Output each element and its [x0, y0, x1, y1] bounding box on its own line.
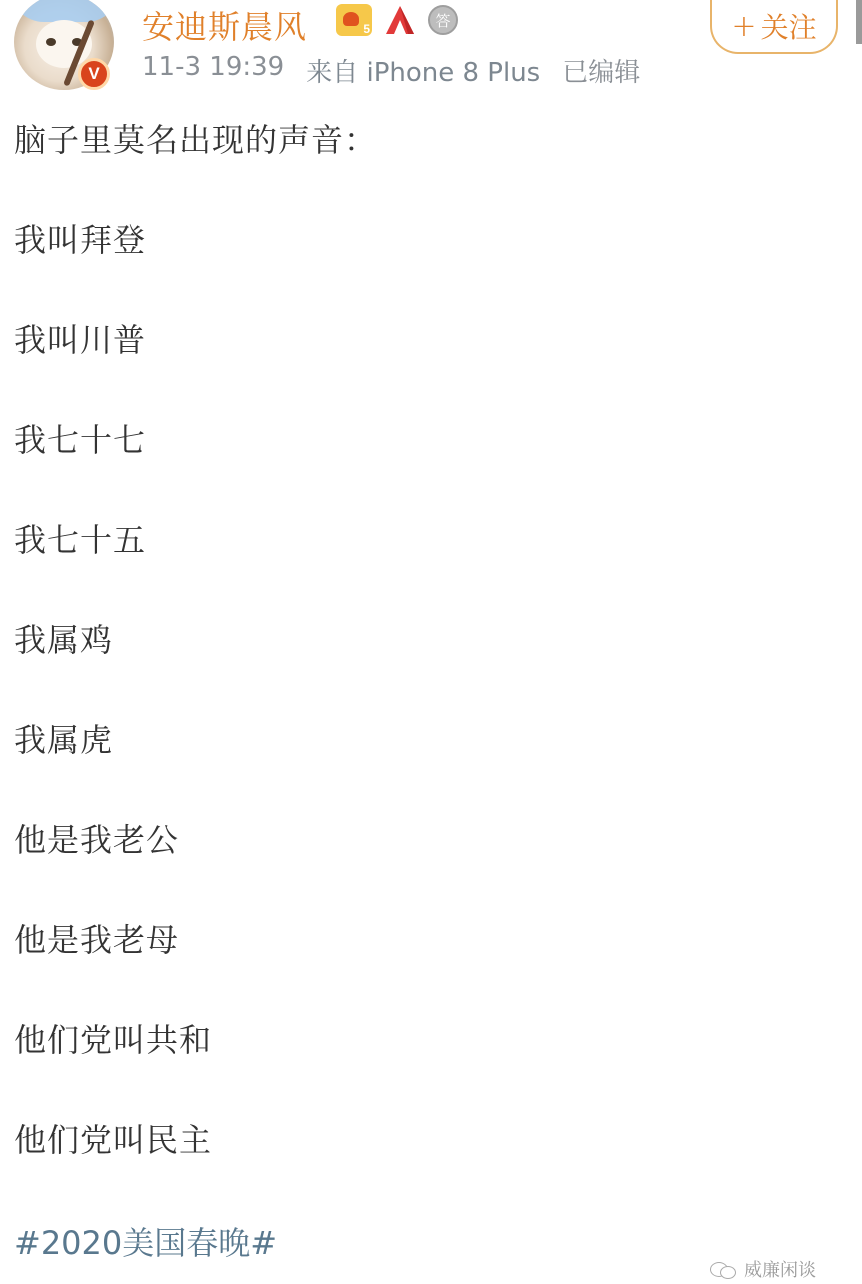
- avatar-hat: [14, 0, 114, 22]
- post-line: 他们党叫共和: [14, 1018, 844, 1118]
- silver-answer-medal-icon[interactable]: 答: [428, 5, 458, 35]
- post-line: 我叫川普: [14, 318, 844, 418]
- post-line: 我七十五: [14, 518, 844, 618]
- post-timestamp: 11-3 19:39: [142, 52, 284, 89]
- post-line: 我属鸡: [14, 618, 844, 718]
- avatar-eye-left: [46, 38, 56, 46]
- author-badges: 答: [336, 4, 458, 36]
- post-line: 脑子里莫名出现的声音：: [14, 118, 844, 218]
- follow-button[interactable]: + 关注: [710, 0, 838, 54]
- hashtag-link[interactable]: #2020美国春晚#: [14, 1218, 277, 1264]
- post-line: 他们党叫民主: [14, 1118, 844, 1218]
- plus-icon: +: [731, 9, 756, 44]
- post-body: 脑子里莫名出现的声音： 我叫拜登 我叫川普 我七十七 我七十五 我属鸡 我属虎 …: [14, 118, 844, 1218]
- edited-label[interactable]: 已编辑: [562, 52, 640, 89]
- post-meta: 11-3 19:39 来自 iPhone 8 Plus 已编辑: [142, 52, 640, 89]
- post-line: 我叫拜登: [14, 218, 844, 318]
- scrollbar[interactable]: [856, 0, 862, 44]
- post-line: 他是我老母: [14, 918, 844, 1018]
- red-a-icon[interactable]: [382, 4, 418, 36]
- post-header: V 安迪斯晨风 答 11-3 19:39 来自 iPhone 8 Plus 已编…: [0, 0, 862, 100]
- wechat-icon: [708, 1258, 738, 1280]
- watermark: 威廉闲谈: [708, 1256, 816, 1282]
- post-line: 我七十七: [14, 418, 844, 518]
- post-line: 他是我老公: [14, 818, 844, 918]
- follow-label: 关注: [761, 6, 817, 46]
- verified-v-icon: V: [78, 58, 110, 90]
- crown-level-5-icon[interactable]: [336, 4, 372, 36]
- post-line: 我属虎: [14, 718, 844, 818]
- author-name[interactable]: 安迪斯晨风: [142, 2, 307, 48]
- post-source: 来自 iPhone 8 Plus: [306, 52, 540, 89]
- watermark-text: 威廉闲谈: [744, 1256, 816, 1282]
